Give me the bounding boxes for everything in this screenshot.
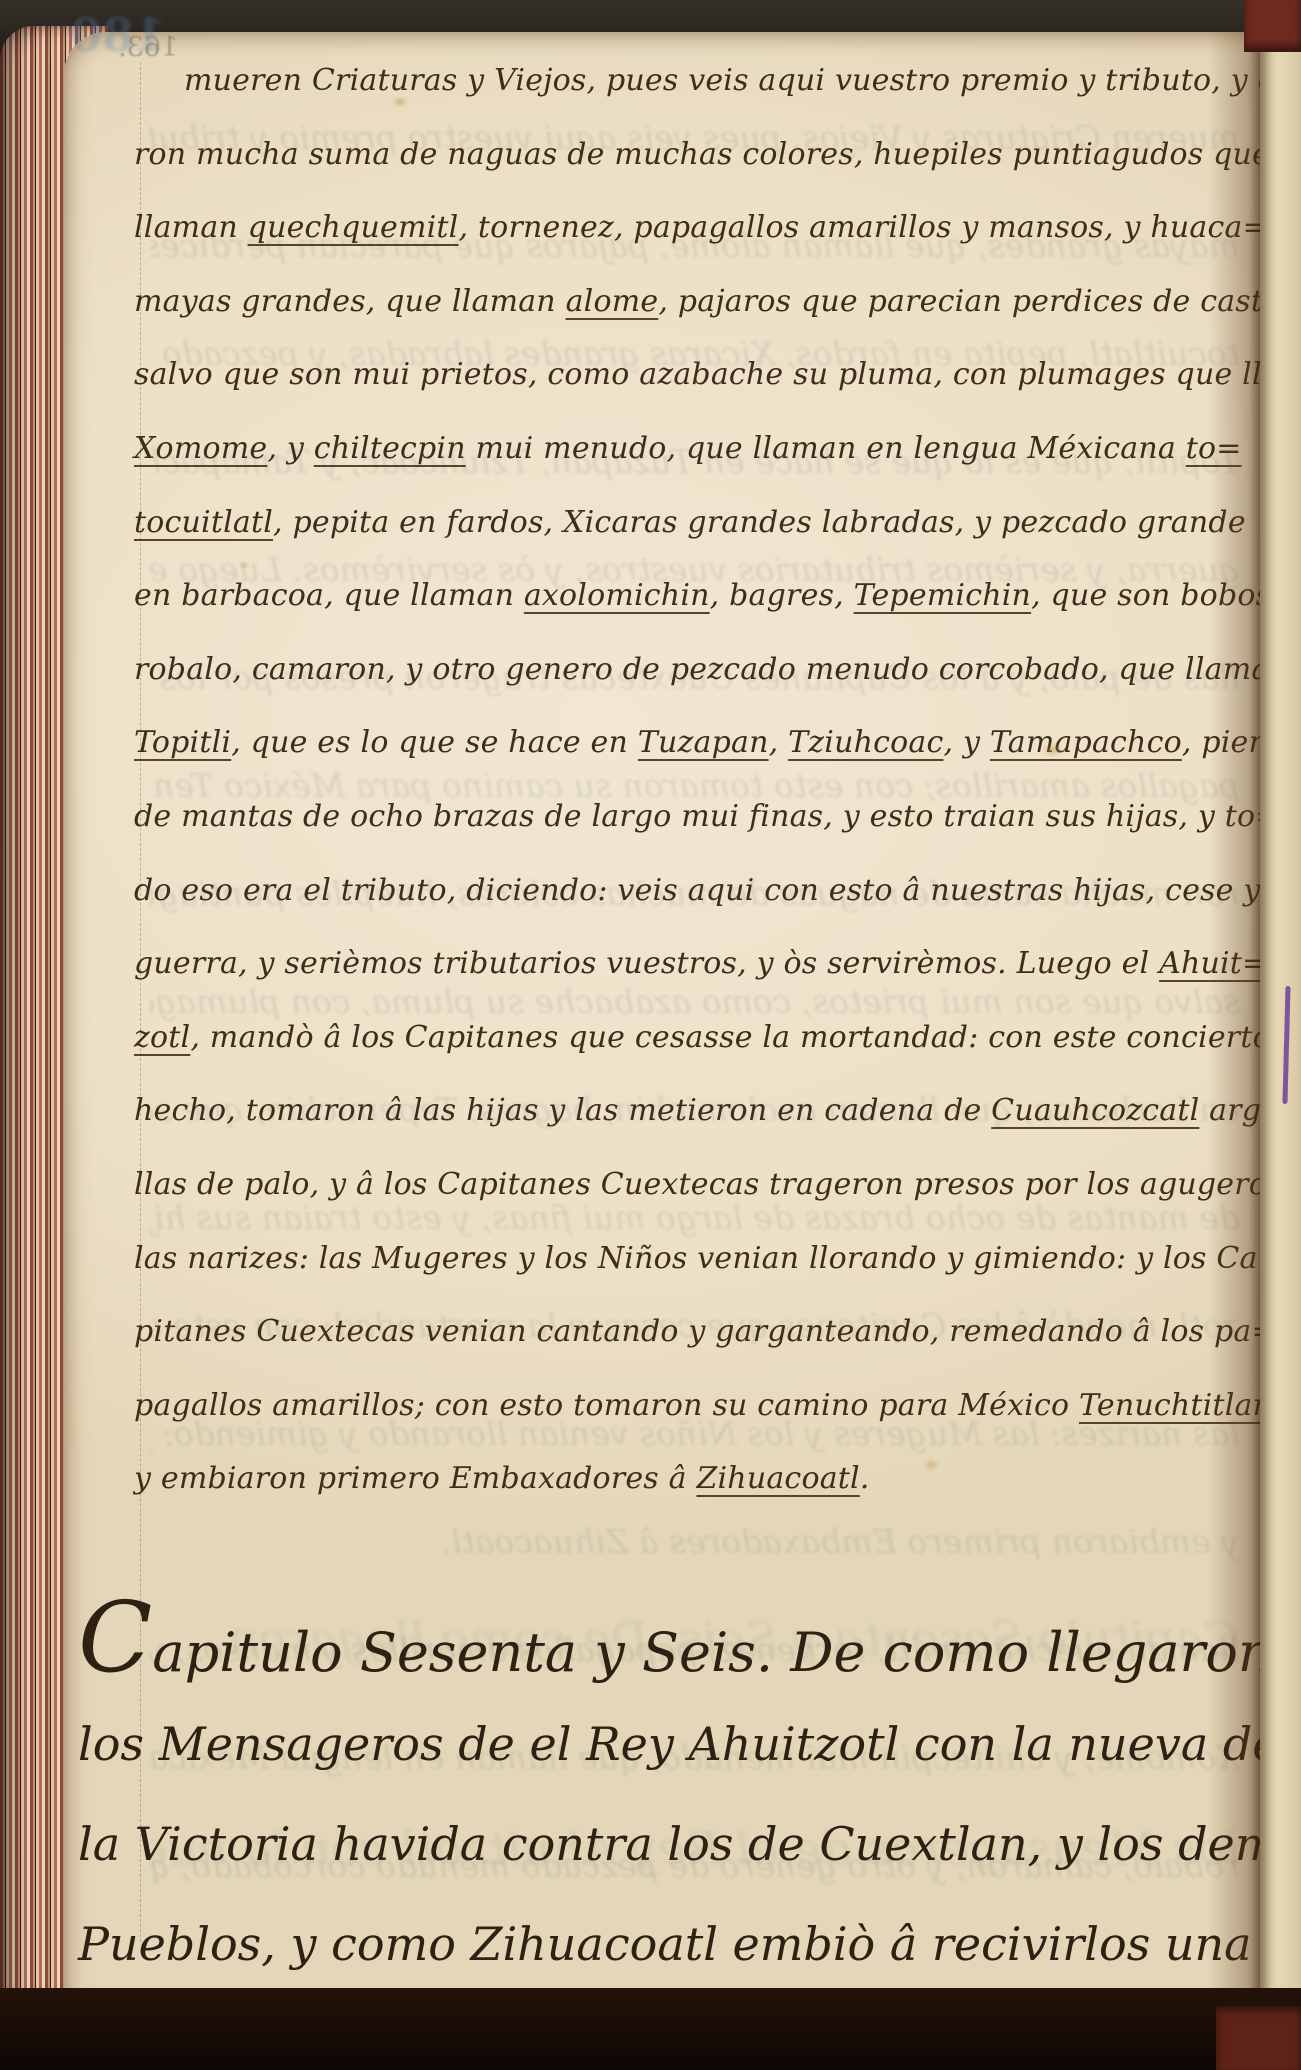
manuscript-line: do eso era el tributo, diciendo: veis aq… [134, 854, 1240, 928]
manuscript-line: llaman quechquemitl, tornenez, papagallo… [134, 191, 1240, 265]
chapter-heading-line: los Mensageros de el Rey Ahuitzotl con l… [78, 1694, 1242, 1794]
text-segment: do eso era el tributo, diciendo: veis aq… [134, 873, 1301, 908]
underlined-word: Tuzapan [638, 725, 769, 760]
manuscript-body-text: mueren Criaturas y Viejos, pues veis aqu… [134, 44, 1240, 1516]
text-segment: los Mensageros de el Rey Ahuitzotl con l… [78, 1717, 1280, 1771]
binding-cover-bottom [1216, 2006, 1301, 2070]
text-segment: en barbacoa, que llaman [134, 578, 524, 613]
manuscript-line: Xomome, y chiltecpin mui menudo, que lla… [134, 412, 1240, 486]
text-segment: , y [944, 725, 990, 760]
text-segment: , que es lo que se hace en [231, 725, 638, 760]
manuscript-line: zotl, mandò â los Capitanes que cesasse … [134, 1001, 1240, 1075]
binding-cover-top [1244, 0, 1301, 52]
text-segment: , pajaros que parecian perdices de casti… [658, 284, 1301, 319]
underlined-word: Zihuacoatl [696, 1461, 859, 1496]
text-segment: y embiaron primero Embaxadores â [134, 1461, 696, 1496]
text-segment: guerra, y serièmos tributarios vuestros,… [134, 946, 1159, 981]
facing-page-sliver [1260, 24, 1301, 2012]
text-segment: mueren Criaturas y Viejos, pues veis aqu… [184, 63, 1301, 98]
underlined-word: Tepemichin [854, 578, 1031, 613]
underlined-word: tocuitlatl [134, 505, 273, 540]
text-segment: la Victoria havida contra los de Cuextla… [78, 1817, 1301, 1871]
text-segment: mui menudo, que llaman en lengua Méxican… [466, 431, 1186, 466]
text-segment: llaman [134, 210, 248, 245]
text-segment: , y [267, 431, 313, 466]
underlined-word: Xomome [134, 431, 267, 466]
gutter-shadow [1208, 32, 1260, 2008]
text-segment: pagallos amarillos; con esto tomaron su … [134, 1388, 1079, 1423]
text-segment: llas de palo, y â los Capitanes Cuexteca… [134, 1167, 1301, 1202]
text-segment: . [860, 1461, 870, 1496]
underlined-word: Tziuhcoac [788, 725, 943, 760]
manuscript-line: pagallos amarillos; con esto tomaron su … [134, 1369, 1240, 1443]
underlined-word: zotl [134, 1020, 190, 1055]
chapter-heading: Capitulo Sesenta y Seis. De como llegaro… [78, 1582, 1242, 1994]
chapter-heading-line: Capitulo Sesenta y Seis. De como llegaro… [78, 1582, 1242, 1694]
manuscript-line: mueren Criaturas y Viejos, pues veis aqu… [134, 44, 1240, 118]
text-segment: , bagres, [710, 578, 854, 613]
manuscript-line: guerra, y serièmos tributarios vuestros,… [134, 927, 1240, 1001]
text-segment: , mandò â los Capitanes que cesasse la m… [190, 1020, 1271, 1055]
manuscript-line: salvo que son mui prietos, como azabache… [134, 338, 1240, 412]
manuscript-line: y embiaron primero Embaxadores â Zihuaco… [134, 1442, 1240, 1516]
manuscript-line: ron mucha suma de naguas de muchas color… [134, 118, 1240, 192]
chapter-heading-line: Pueblos, y como Zihuacoatl embiò â reciv… [78, 1894, 1242, 1994]
text-segment: de mantas de ocho brazas de largo mui fi… [134, 799, 1281, 834]
text-segment: robalo, camaron, y otro genero de pezcad… [134, 652, 1289, 687]
text-segment: ron mucha suma de naguas de muchas color… [134, 137, 1270, 172]
chapter-heading-line: la Victoria havida contra los de Cuextla… [78, 1794, 1242, 1894]
underlined-word: axolomichin [524, 578, 710, 613]
underlined-word: Cuauhcozcatl [991, 1093, 1199, 1128]
underlined-word: Tamapachco [990, 725, 1182, 760]
binding-bottom-band [0, 1988, 1301, 2070]
underlined-word: quechquemitl [248, 210, 459, 245]
manuscript-line: las narizes: las Mugeres y los Niños ven… [134, 1222, 1240, 1296]
manuscript-line: llas de palo, y â los Capitanes Cuexteca… [134, 1148, 1240, 1222]
text-segment: salvo que son mui prietos, como azabache… [134, 357, 1301, 392]
text-segment: , tornenez, papagallos amarillos y manso… [458, 210, 1267, 245]
manuscript-line: de mantas de ocho brazas de largo mui fi… [134, 780, 1240, 854]
underlined-word: Topitli [134, 725, 231, 760]
manuscript-line: en barbacoa, que llaman axolomichin, bag… [134, 559, 1240, 633]
text-segment: Pueblos, y como Zihuacoatl embiò â reciv… [78, 1917, 1301, 1971]
text-segment: mayas grandes, que llaman [134, 284, 566, 319]
underlined-word: alome [566, 284, 659, 319]
manuscript-line: tocuitlatl, pepita en fardos, Xicaras gr… [134, 486, 1240, 560]
manuscript-line: hecho, tomaron â las hijas y las metiero… [134, 1074, 1240, 1148]
manuscript-photo: mueren Criaturas y Viejos, pues veis aqu… [0, 0, 1301, 2070]
text-segment: , pepita en fardos, Xicaras grandes labr… [273, 505, 1246, 540]
text-segment: , [769, 725, 788, 760]
manuscript-line: Topitli, que es lo que se hace en Tuzapa… [134, 706, 1240, 780]
manuscript-line: robalo, camaron, y otro genero de pezcad… [134, 633, 1240, 707]
text-segment: hecho, tomaron â las hijas y las metiero… [134, 1093, 991, 1128]
text-segment: pitanes Cuextecas venian cantando y garg… [134, 1314, 1277, 1349]
underlined-word: chiltecpin [314, 431, 466, 466]
text-segment: Capitulo Sesenta y Seis. De como llegaro… [78, 1621, 1273, 1684]
manuscript-line: pitanes Cuextecas venian cantando y garg… [134, 1295, 1240, 1369]
manuscript-line: mayas grandes, que llaman alome, pajaros… [134, 265, 1240, 339]
text-segment: las narizes: las Mugeres y los Niños ven… [134, 1241, 1283, 1276]
